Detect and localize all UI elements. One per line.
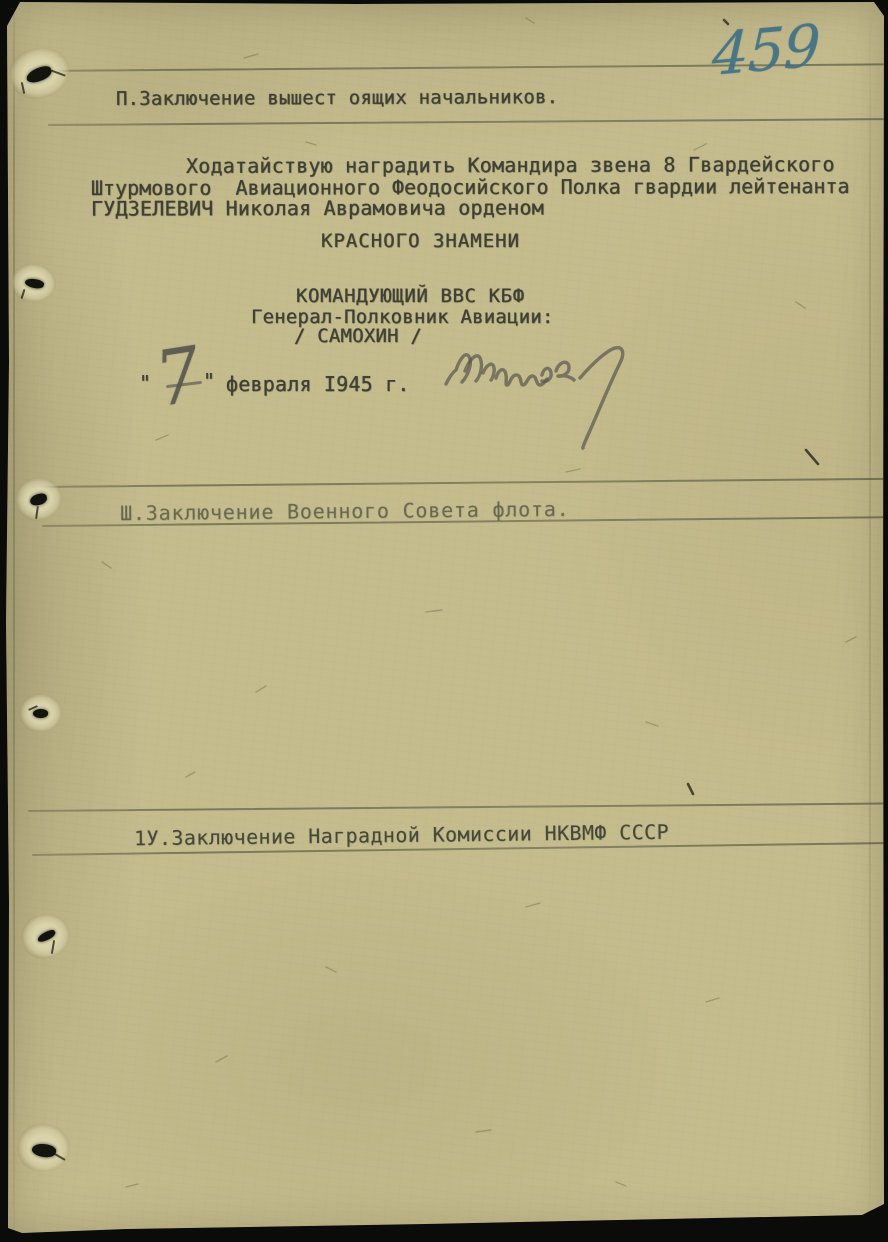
scanned-document: 459 П.Заключение вышест оящих начальнико…: [0, 0, 888, 1242]
paper-specks: [6, 2, 884, 1234]
document-page: 459 П.Заключение вышест оящих начальнико…: [6, 2, 884, 1234]
